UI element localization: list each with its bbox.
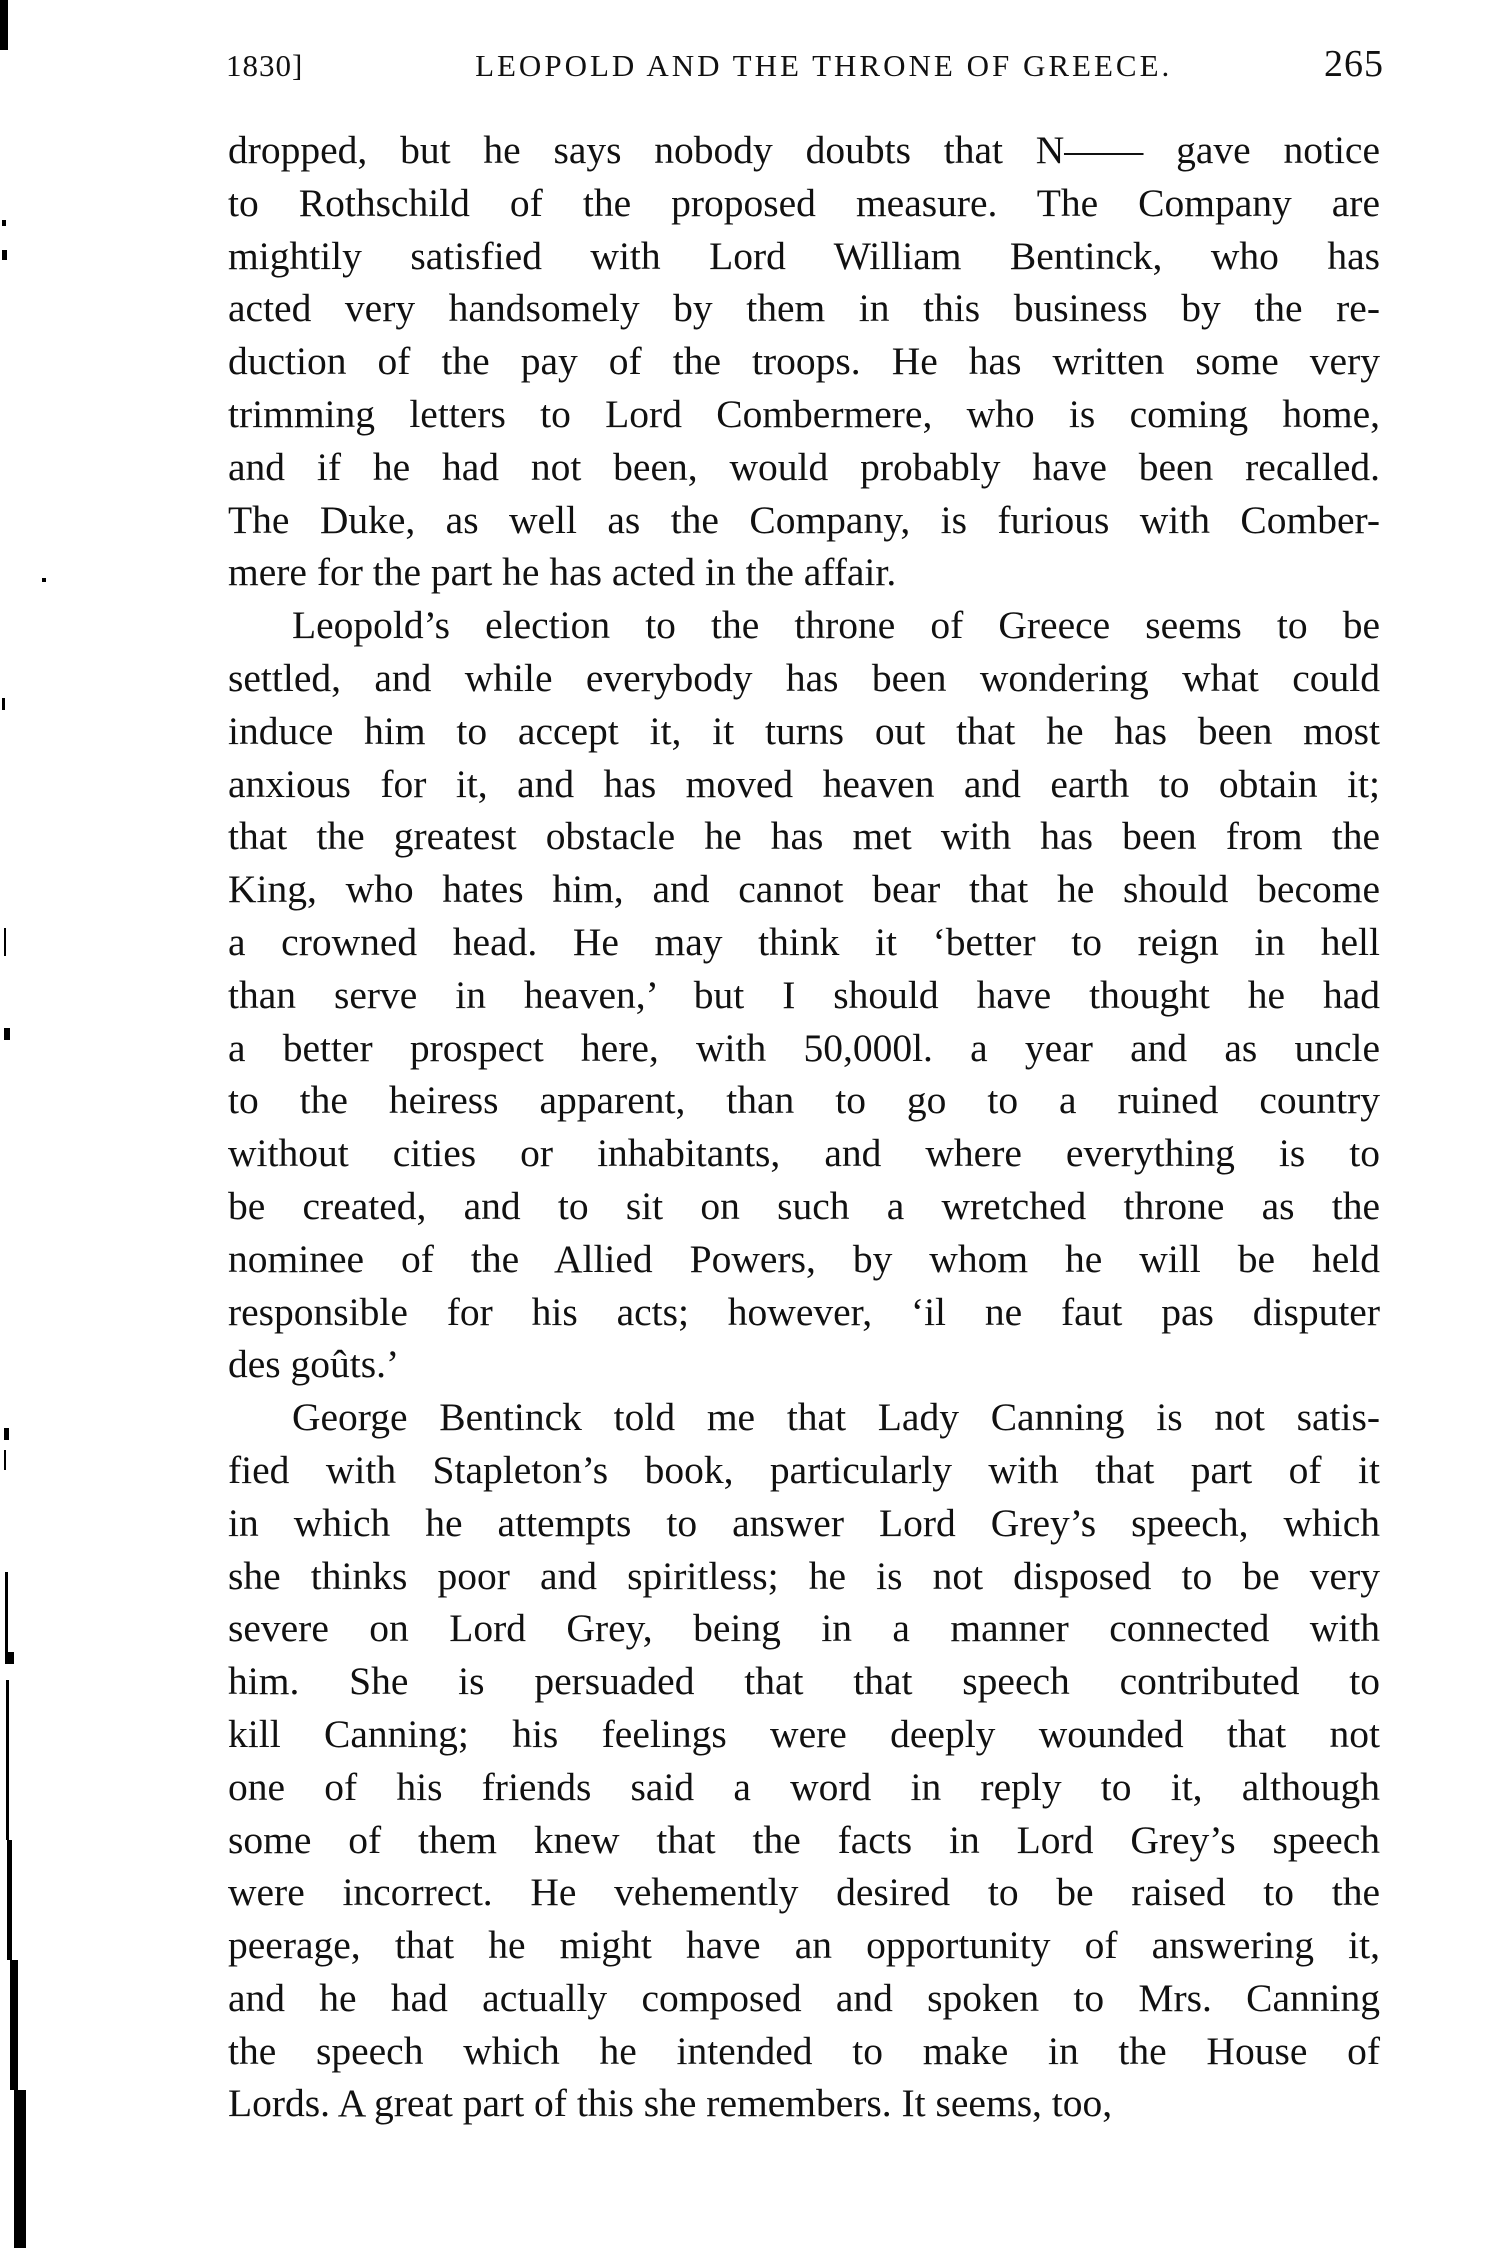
- text-line: she thinks poor and spiritless; he is no…: [228, 1550, 1380, 1603]
- text-line: him. She is persuaded that that speech c…: [228, 1655, 1380, 1708]
- text-line: settled, and while everybody has been wo…: [228, 652, 1380, 705]
- scan-margin-mark: [4, 928, 6, 956]
- scan-margin-mark: [5, 1652, 14, 1664]
- text-line: some of them knew that the facts in Lord…: [228, 1814, 1380, 1867]
- running-head: 1830] LEOPOLD AND THE THRONE OF GREECE. …: [226, 42, 1384, 86]
- scan-margin-mark: [10, 1960, 18, 2090]
- text-line: be created, and to sit on such a wretche…: [228, 1180, 1380, 1233]
- paragraph: Leopold’s election to the throne of Gree…: [228, 599, 1380, 1391]
- scan-margin-mark: [14, 2090, 26, 2248]
- text-line: were incorrect. He vehemently desired to…: [228, 1866, 1380, 1919]
- text-line: the speech which he intended to make in …: [228, 2025, 1380, 2078]
- scan-margin-mark: [2, 220, 6, 226]
- text-line: anxious for it, and has moved heaven and…: [228, 758, 1380, 811]
- scan-margin-mark: [2, 250, 7, 260]
- scan-margin-mark: [6, 1680, 9, 1840]
- text-line: and if he had not been, would probably h…: [228, 441, 1380, 494]
- text-line: George Bentinck told me that Lady Cannin…: [228, 1391, 1380, 1444]
- text-line: kill Canning; his feelings were deeply w…: [228, 1708, 1380, 1761]
- text-line: dropped, but he says nobody doubts that …: [228, 124, 1380, 177]
- text-line: a better prospect here, with 50,000l. a …: [228, 1022, 1380, 1075]
- running-head-title: LEOPOLD AND THE THRONE OF GREECE.: [303, 48, 1324, 84]
- text-line: severe on Lord Grey, being in a manner c…: [228, 1602, 1380, 1655]
- text-line: mightily satisfied with Lord William Ben…: [228, 230, 1380, 283]
- text-line: than serve in heaven,’ but I should have…: [228, 969, 1380, 1022]
- body-text: dropped, but he says nobody doubts that …: [228, 124, 1380, 2130]
- scan-margin-mark: [5, 1572, 8, 1654]
- text-line: in which he attempts to answer Lord Grey…: [228, 1497, 1380, 1550]
- text-line: nominee of the Allied Powers, by whom he…: [228, 1233, 1380, 1286]
- text-line: fied with Stapleton’s book, particularly…: [228, 1444, 1380, 1497]
- text-line: to Rothschild of the proposed measure. T…: [228, 177, 1380, 230]
- page-number: 265: [1324, 42, 1384, 86]
- text-line: without cities or inhabitants, and where…: [228, 1127, 1380, 1180]
- scan-margin-mark: [4, 1428, 9, 1440]
- text-line: responsible for his acts; however, ‘il n…: [228, 1286, 1380, 1339]
- text-line: acted very handsomely by them in this bu…: [228, 282, 1380, 335]
- scan-margin-mark: [0, 0, 8, 50]
- paragraph: George Bentinck told me that Lady Cannin…: [228, 1391, 1380, 2130]
- text-line: The Duke, as well as the Company, is fur…: [228, 494, 1380, 547]
- text-line: Leopold’s election to the throne of Gree…: [228, 599, 1380, 652]
- paragraph: dropped, but he says nobody doubts that …: [228, 124, 1380, 599]
- scan-margin-mark: [2, 698, 5, 710]
- text-line: peerage, that he might have an opportuni…: [228, 1919, 1380, 1972]
- book-page: 1830] LEOPOLD AND THE THRONE OF GREECE. …: [0, 0, 1487, 2248]
- running-head-year: 1830]: [226, 48, 303, 84]
- text-line: King, who hates him, and cannot bear tha…: [228, 863, 1380, 916]
- scan-margin-mark: [42, 578, 46, 582]
- text-line: des goûts.’: [228, 1338, 1380, 1391]
- text-line: a crowned head. He may think it ‘better …: [228, 916, 1380, 969]
- text-line: Lords. A great part of this she remember…: [228, 2077, 1380, 2130]
- text-line: duction of the pay of the troops. He has…: [228, 335, 1380, 388]
- text-line: mere for the part he has acted in the af…: [228, 546, 1380, 599]
- scan-margin-mark: [4, 1028, 10, 1040]
- text-line: one of his friends said a word in reply …: [228, 1761, 1380, 1814]
- text-line: induce him to accept it, it turns out th…: [228, 705, 1380, 758]
- text-line: to the heiress apparent, than to go to a…: [228, 1074, 1380, 1127]
- text-line: trimming letters to Lord Combermere, who…: [228, 388, 1380, 441]
- text-line: that the greatest obstacle he has met wi…: [228, 810, 1380, 863]
- text-line: and he had actually composed and spoken …: [228, 1972, 1380, 2025]
- scan-margin-mark: [4, 1450, 6, 1470]
- scan-margin-mark: [7, 1840, 12, 1960]
